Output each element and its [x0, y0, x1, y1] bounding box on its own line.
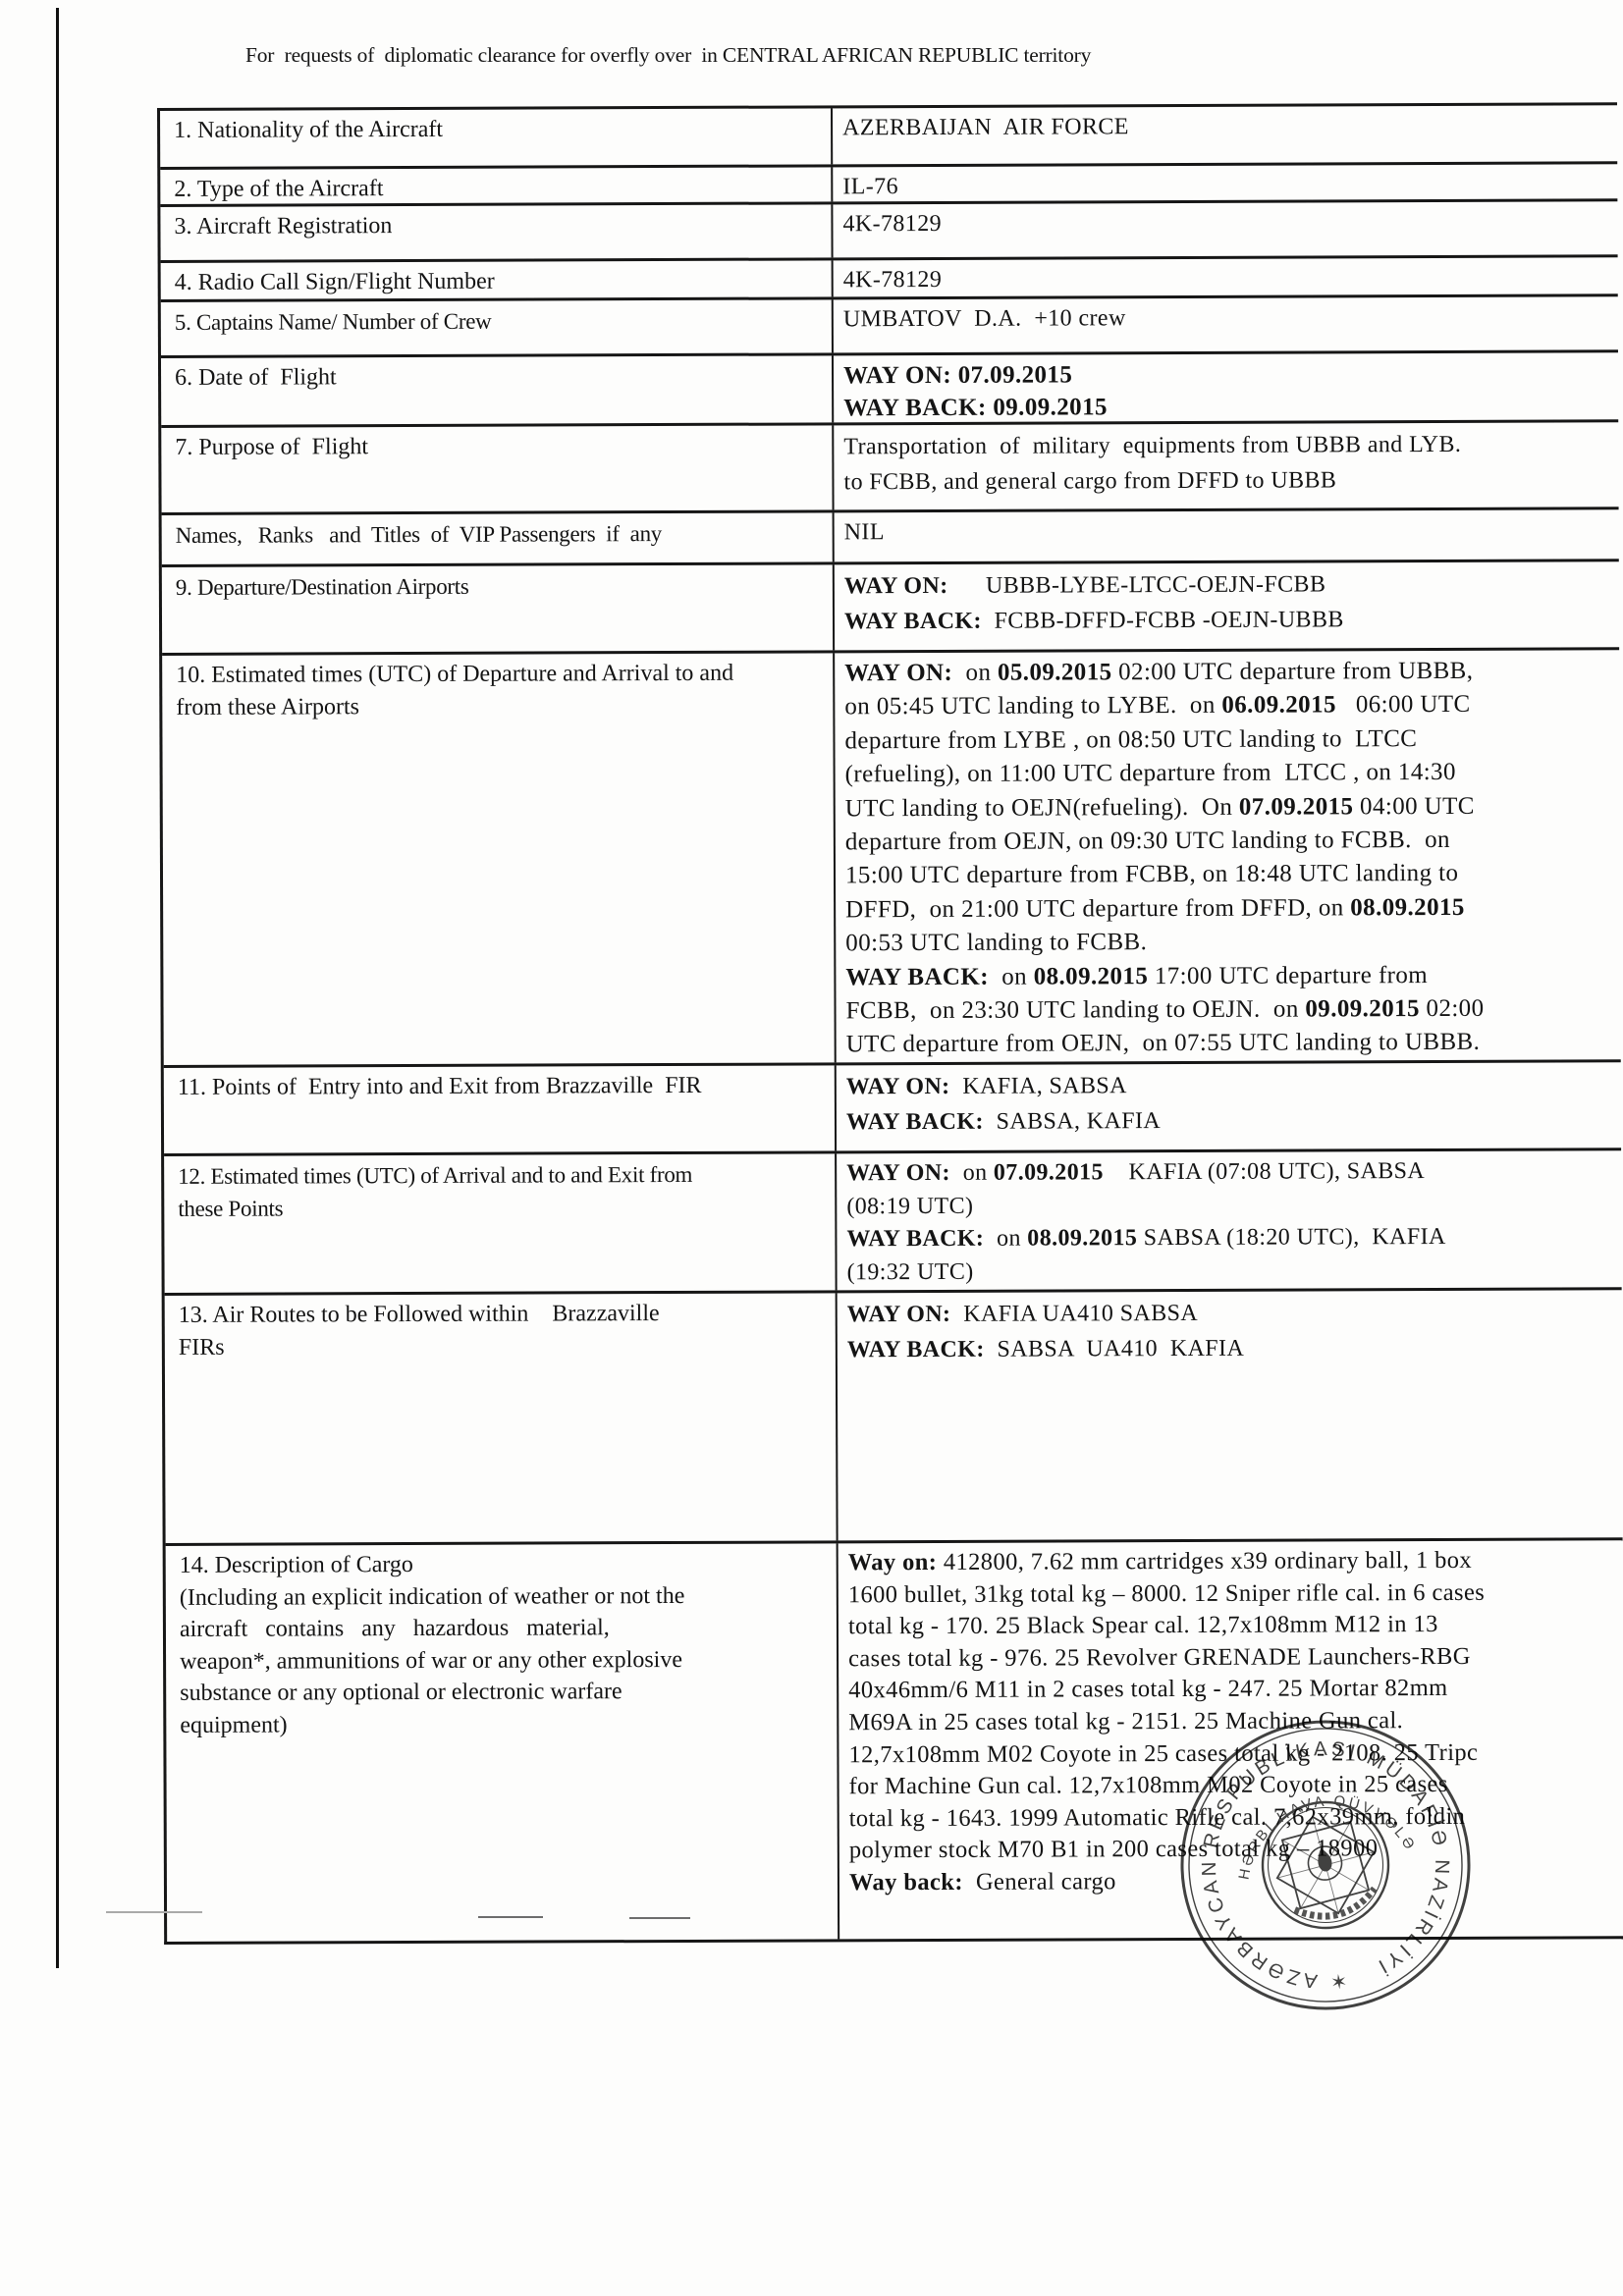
field-value-flight-date: WAY ON: 07.09.2015WAY BACK: 09.09.2015	[834, 352, 1618, 422]
row-captain: 5. Captains Name/ Number of Crew UMBATOV…	[161, 294, 1618, 355]
field-label-vip-passengers: Names, Ranks and Titles of VIP Passenger…	[162, 512, 835, 564]
field-label-purpose: 7. Purpose of Flight	[161, 425, 834, 512]
field-label-times-points: 12. Estimated times (UTC) of Arrival and…	[164, 1153, 838, 1293]
row-callsign: 4. Radio Call Sign/Flight Number 4K-7812…	[161, 254, 1618, 299]
field-label-captain: 5. Captains Name/ Number of Crew	[161, 299, 834, 355]
flame-icon	[1315, 1846, 1334, 1873]
scan-artifact-dash	[478, 1916, 543, 1918]
field-label-airports: 9. Departure/Destination Airports	[162, 564, 835, 653]
row-vip-passengers: Names, Ranks and Titles of VIP Passenger…	[162, 507, 1619, 564]
field-label-fir-points: 11. Points of Entry into and Exit from B…	[164, 1065, 837, 1153]
row-air-routes: 13. Air Routes to be Followed within Bra…	[165, 1287, 1623, 1543]
field-value-fir-points: WAY ON: KAFIA, SABSAWAY BACK: SABSA, KAF…	[837, 1062, 1621, 1150]
clearance-table: 1. Nationality of the Aircraft AZERBAIJA…	[157, 102, 1623, 1945]
row-flight-date: 6. Date of Flight WAY ON: 07.09.2015WAY …	[161, 349, 1618, 425]
page-margin-line	[56, 8, 59, 1968]
field-value-vip-passengers: NIL	[835, 509, 1619, 561]
field-value-airports: WAY ON: UBBB-LYBE-LTCC-OEJN-FCBBWAY BACK…	[835, 561, 1619, 650]
official-stamp: ✶ AZƏRBAYCAN RESPUBLİKASI MÜDAFİƏ NAZİRL…	[1159, 1698, 1492, 2032]
row-registration: 3. Aircraft Registration 4K-78129	[160, 198, 1617, 260]
field-value-purpose: Transportation of military equipments fr…	[834, 422, 1618, 509]
field-value-air-routes: WAY ON: KAFIA UA410 SABSAWAY BACK: SABSA…	[838, 1290, 1623, 1540]
row-aircraft-type: 2. Type of the Aircraft IL-76	[160, 161, 1617, 204]
row-fir-points: 11. Points of Entry into and Exit from B…	[164, 1059, 1621, 1153]
row-times-points: 12. Estimated times (UTC) of Arrival and…	[164, 1148, 1622, 1293]
row-purpose: 7. Purpose of Flight Transportation of m…	[161, 419, 1618, 512]
field-label-nationality: 1. Nationality of the Aircraft	[160, 108, 833, 167]
field-label-flight-date: 6. Date of Flight	[161, 355, 834, 425]
field-value-captain: UMBATOV D.A. +10 crew	[834, 296, 1618, 352]
field-label-registration: 3. Aircraft Registration	[160, 204, 833, 260]
field-label-aircraft-type: 2. Type of the Aircraft	[160, 167, 833, 204]
field-label-callsign: 4. Radio Call Sign/Flight Number	[161, 260, 834, 299]
field-label-cargo: 14. Description of Cargo(Including an ex…	[166, 1543, 840, 1942]
row-times-airports: 10. Estimated times (UTC) of Departure a…	[162, 647, 1621, 1065]
document-title: For requests of diplomatic clearance for…	[245, 43, 1091, 68]
row-airports: 9. Departure/Destination Airports WAY ON…	[162, 559, 1619, 653]
field-value-registration: 4K-78129	[833, 201, 1617, 257]
field-value-times-airports: WAY ON: on 05.09.2015 02:00 UTC departur…	[835, 650, 1621, 1062]
scan-artifact-dash	[106, 1911, 202, 1913]
field-label-air-routes: 13. Air Routes to be Followed within Bra…	[165, 1293, 839, 1543]
row-nationality: 1. Nationality of the Aircraft AZERBAIJA…	[160, 102, 1617, 167]
field-value-nationality: AZERBAIJAN AIR FORCE	[833, 105, 1617, 164]
field-label-times-airports: 10. Estimated times (UTC) of Departure a…	[162, 653, 837, 1065]
field-value-callsign: 4K-78129	[834, 257, 1618, 296]
field-value-aircraft-type: IL-76	[833, 164, 1617, 201]
scanned-document-page: For requests of diplomatic clearance for…	[0, 0, 1623, 2296]
field-value-times-points: WAY ON: on 07.09.2015 KAFIA (07:08 UTC),…	[837, 1150, 1622, 1290]
scan-artifact-dash	[629, 1917, 690, 1919]
